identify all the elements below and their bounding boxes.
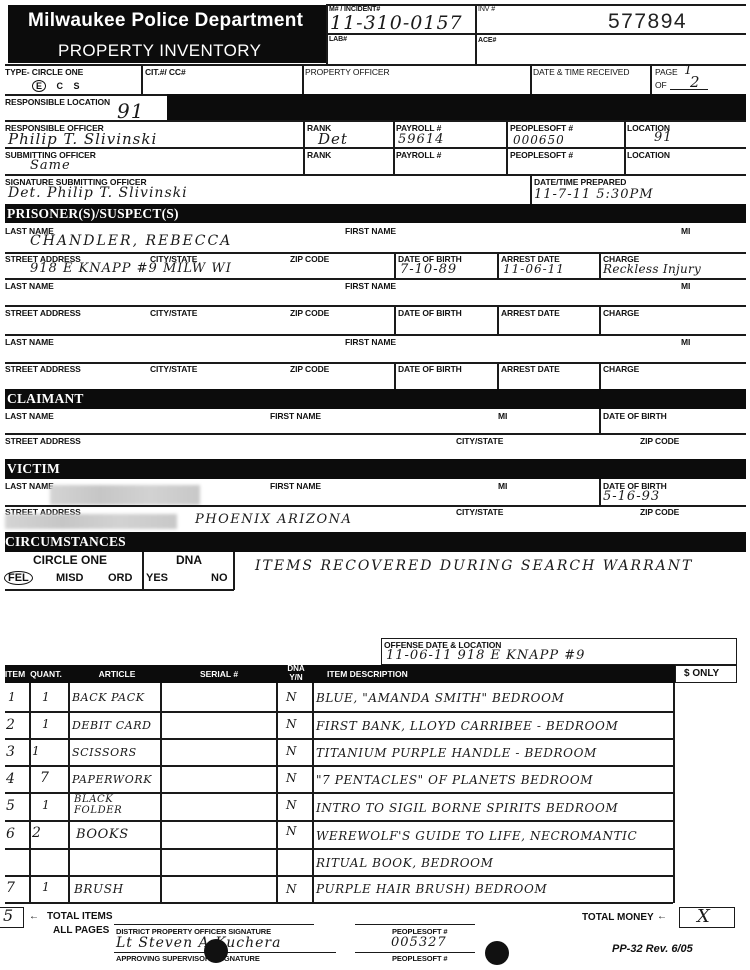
item-dna: N <box>286 690 297 704</box>
item-number: 7 <box>6 880 16 896</box>
form-number: PP-32 Rev. 6/05 <box>612 943 693 955</box>
date-prepared-label: DATE/TIME PREPARED <box>534 177 626 187</box>
p2-city-label: CITY/STATE <box>150 308 197 318</box>
victim-first-name-label: FIRST NAME <box>270 481 321 491</box>
victim-last-name-redacted <box>50 485 200 505</box>
rank-value: Det <box>318 130 348 148</box>
property-officer-label: PROPERTY OFFICER <box>305 67 390 77</box>
circumstances-text: ITEMS RECOVERED DURING SEARCH WARRANT <box>255 558 693 574</box>
total-items-value: 5 <box>3 906 14 925</box>
inv-number: 577894 <box>608 10 687 34</box>
ord-option[interactable]: ORD <box>108 572 132 584</box>
item-article: BRUSH <box>74 882 124 896</box>
victim-last-name-label: LAST NAME <box>5 481 54 491</box>
binder-hole-left <box>204 939 228 963</box>
p3-city-label: CITY/STATE <box>150 364 197 374</box>
p1-charge: Reckless Injury <box>603 262 701 276</box>
submitting-peoplesoft-label: PEOPLESOFT # <box>510 150 573 160</box>
type-option-e[interactable]: E <box>32 80 46 92</box>
p2-dob-label: DATE OF BIRTH <box>398 308 462 318</box>
p2-street-label: STREET ADDRESS <box>5 308 81 318</box>
dna-label: DNA <box>176 553 202 567</box>
incident-number: 11-310-0157 <box>330 12 463 34</box>
victim-mi-label: MI <box>498 481 507 491</box>
p3-arrest-label: ARREST DATE <box>501 364 560 374</box>
victim-city: PHOENIX ARIZONA <box>195 512 352 527</box>
col-dna: DNAY/N <box>276 664 316 682</box>
col-description: ITEM DESCRIPTION <box>327 669 408 679</box>
item-article: PAPERWORK <box>72 773 152 786</box>
item-dna: N <box>286 798 297 812</box>
item-qty: 1 <box>42 690 50 704</box>
item-description: "7 PENTACLES" OF PLANETS BEDROOM <box>316 773 593 787</box>
responsible-location-label: RESPONSIBLE LOCATION <box>5 97 110 107</box>
victim-section-bar <box>5 459 746 479</box>
p1-arrest-date: 11-06-11 <box>503 262 565 276</box>
claimant-street-label: STREET ADDRESS <box>5 436 81 446</box>
item-number: 3 <box>6 744 16 760</box>
peoplesoft-value: 000650 <box>513 133 565 147</box>
total-money-arrow-icon: ← <box>657 911 667 922</box>
ace-label: ACE# <box>478 37 496 44</box>
item-description: FIRST BANK, LLOYD CARRIBEE - BEDROOM <box>316 719 618 733</box>
offense-value: 11-06-11 918 E KNAPP #9 <box>386 648 585 663</box>
col-money: $ ONLY <box>684 668 719 679</box>
item-description: INTRO TO SIGIL BORNE SPIRITS BEDROOM <box>316 801 618 815</box>
misd-option[interactable]: MISD <box>56 572 84 584</box>
item-dna: N <box>286 882 297 896</box>
inv-label: INV # <box>478 6 495 13</box>
circle-one-label: CIRCLE ONE <box>33 553 107 567</box>
item-article: BACK PACK <box>72 691 145 704</box>
total-money-label: TOTAL MONEY <box>582 912 654 923</box>
p2-first-name-label: FIRST NAME <box>345 281 396 291</box>
responsible-officer-value: Philip T. Slivinski <box>8 130 157 148</box>
lab-label: LAB# <box>329 36 347 43</box>
p2-charge-label: CHARGE <box>603 308 639 318</box>
victim-section-title: VICTIM <box>7 461 60 477</box>
submitting-rank-label: RANK <box>307 150 331 160</box>
location-value: 91 <box>654 130 673 145</box>
p3-dob-label: DATE OF BIRTH <box>398 364 462 374</box>
col-serial: SERIAL # <box>162 669 276 679</box>
p2-mi-label: MI <box>681 281 690 291</box>
victim-city-label: CITY/STATE <box>456 507 503 517</box>
approving-supervisor-label: APPROVING SUPERVISORS SIGNATURE <box>116 954 260 963</box>
item-qty: 1 <box>42 798 50 812</box>
item-number: 5 <box>6 798 16 814</box>
p3-last-name-label: LAST NAME <box>5 337 54 347</box>
p1-name: CHANDLER, REBECCA <box>30 233 232 249</box>
peoplesoft-label-bottom: PEOPLESOFT # <box>392 954 447 963</box>
item-description: BLUE, "AMANDA SMITH" BEDROOM <box>316 691 564 705</box>
date-received-label: DATE & TIME RECEIVED <box>533 67 629 77</box>
claimant-zip-label: ZIP CODE <box>640 436 679 446</box>
submitting-payroll-label: PAYROLL # <box>396 150 441 160</box>
item-description: WEREWOLF'S GUIDE TO LIFE, NECROMANTIC <box>316 829 637 843</box>
of-label: OF <box>655 80 667 90</box>
victim-dob: 5-16-93 <box>603 489 660 504</box>
claimant-section-title: CLAIMANT <box>7 391 84 407</box>
total-money-value: X <box>697 906 711 927</box>
type-option-c[interactable]: C <box>57 81 64 91</box>
item-description: RITUAL BOOK, BEDROOM <box>316 856 493 870</box>
p1-first-name-label: FIRST NAME <box>345 226 396 236</box>
p1-zip-label: ZIP CODE <box>290 254 329 264</box>
item-qty: 1 <box>32 744 40 758</box>
item-number: 2 <box>6 717 16 733</box>
claimant-section-bar <box>5 389 746 409</box>
item-dna: N <box>286 771 297 785</box>
item-description: TITANIUM PURPLE HANDLE - BEDROOM <box>316 746 597 760</box>
item-number: 1 <box>8 690 16 704</box>
peoplesoft-value: 005327 <box>391 935 447 950</box>
item-qty: 1 <box>42 717 50 731</box>
claimant-city-label: CITY/STATE <box>456 436 503 446</box>
type-option-s[interactable]: S <box>74 81 80 91</box>
form-title: PROPERTY INVENTORY <box>58 41 261 61</box>
dna-no-option[interactable]: NO <box>211 572 228 584</box>
claimant-mi-label: MI <box>498 411 507 421</box>
district-officer-signature[interactable]: Lt Steven A Kuchera <box>116 935 281 951</box>
p1-mi-label: MI <box>681 226 690 236</box>
type-options[interactable]: E C S <box>32 80 80 92</box>
p2-last-name-label: LAST NAME <box>5 281 54 291</box>
payroll-value: 59614 <box>398 132 444 147</box>
page-label: PAGE <box>655 67 678 77</box>
col-article: ARTICLE <box>72 669 162 679</box>
item-qty: 7 <box>40 770 50 786</box>
p2-zip-label: ZIP CODE <box>290 308 329 318</box>
claimant-first-name-label: FIRST NAME <box>270 411 321 421</box>
submitting-location-label: LOCATION <box>627 150 670 160</box>
victim-zip-label: ZIP CODE <box>640 507 679 517</box>
cit-label: CIT.#/ CC# <box>145 67 186 77</box>
type-label: TYPE- CIRCLE ONE <box>5 67 83 77</box>
item-dna: N <box>286 717 297 731</box>
fel-option[interactable]: FEL <box>4 571 33 585</box>
item-article: BOOKS <box>76 827 129 842</box>
col-quantity: QUANT. <box>20 669 72 679</box>
circumstances-section-title: CIRCUMSTANCES <box>5 534 126 550</box>
p1-address: 918 E KNAPP #9 MILW WI <box>30 261 232 276</box>
item-qty: 2 <box>32 825 42 841</box>
item-description: PURPLE HAIR BRUSH) BEDROOM <box>316 882 547 896</box>
item-article: SCISSORS <box>72 746 137 759</box>
p1-dob: 7-10-89 <box>400 262 457 277</box>
item-number: 4 <box>6 771 16 787</box>
date-prepared-value: 11-7-11 5:30PM <box>534 187 654 202</box>
claimant-last-name-label: LAST NAME <box>5 411 54 421</box>
p3-charge-label: CHARGE <box>603 364 639 374</box>
item-number: 6 <box>6 826 16 842</box>
total-items-label: TOTAL ITEMS <box>47 911 113 922</box>
all-pages-label: ALL PAGES <box>53 925 109 936</box>
signature-submitting-value: Det. Philip T. Slivinski <box>8 185 188 201</box>
department-name: Milwaukee Police Department <box>28 10 303 32</box>
binder-hole-right <box>485 941 509 965</box>
item-dna: N <box>286 744 297 758</box>
p3-mi-label: MI <box>681 337 690 347</box>
of-value: 2 <box>690 73 701 91</box>
claimant-dob-label: DATE OF BIRTH <box>603 411 667 421</box>
victim-street-redacted <box>5 514 177 529</box>
item-qty: 1 <box>42 880 50 894</box>
p3-street-label: STREET ADDRESS <box>5 364 81 374</box>
p2-arrest-label: ARREST DATE <box>501 308 560 318</box>
submitting-officer-value: Same <box>30 158 71 173</box>
prisoners-section-title: PRISONER(S)/SUSPECT(S) <box>7 206 179 222</box>
dna-yes-option[interactable]: YES <box>146 572 168 584</box>
item-dna: N <box>286 824 297 838</box>
total-items-arrow-icon: ← <box>29 911 39 922</box>
peoplesoft-label: PEOPLESOFT # <box>510 123 573 133</box>
item-article: BLACK FOLDER <box>74 794 144 816</box>
p3-first-name-label: FIRST NAME <box>345 337 396 347</box>
item-article: DEBIT CARD <box>72 719 152 732</box>
p3-zip-label: ZIP CODE <box>290 364 329 374</box>
